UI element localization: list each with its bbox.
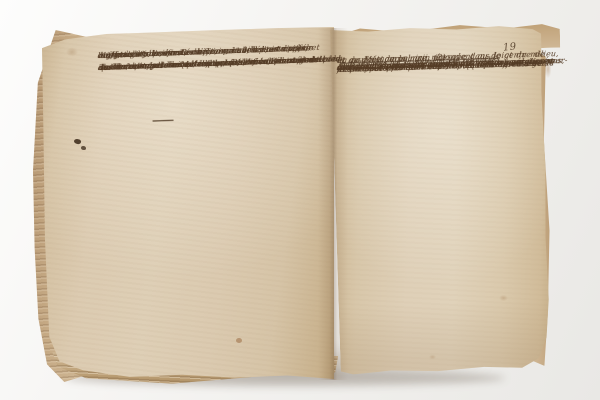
- stain: [428, 354, 437, 360]
- stain: [64, 46, 80, 58]
- gutter-shadow: [318, 28, 348, 380]
- photo-of-manuscript: Après les prières ordinaires et les psea…: [0, 0, 600, 400]
- ink-blot: [81, 146, 86, 150]
- right-page: [330, 23, 552, 374]
- left-page: [42, 27, 334, 379]
- page-number: 19: [503, 42, 518, 53]
- stain: [498, 294, 509, 302]
- scribble-mark: [152, 117, 173, 122]
- stain: [236, 338, 242, 343]
